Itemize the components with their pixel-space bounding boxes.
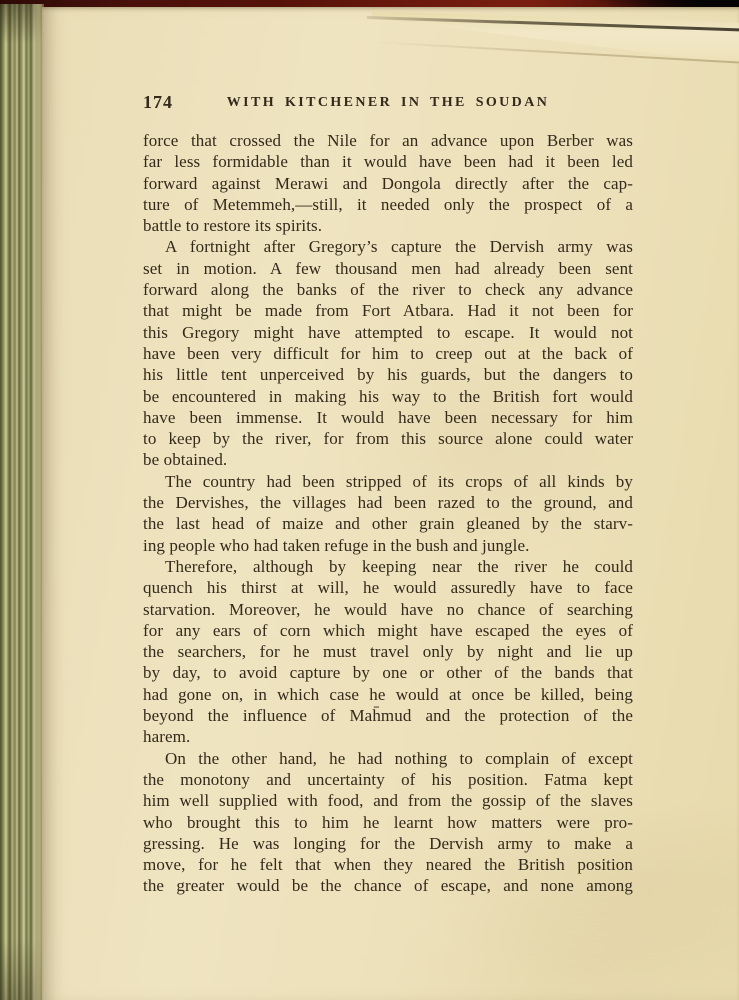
text-line: On the other hand, he had nothing to com… <box>143 748 633 769</box>
text-line: this Gregory might have attempted to esc… <box>143 322 633 343</box>
page-header: 174 WITH KITCHENER IN THE SOUDAN <box>143 92 633 114</box>
text-line: that might be made from Fort Atbara. Had… <box>143 300 633 321</box>
text-line: his little tent unperceived by his guard… <box>143 364 633 385</box>
text-line: forward against Merawi and Dongola direc… <box>143 173 633 194</box>
text-line: battle to restore its spirits. <box>143 215 633 236</box>
book-page: 174 WITH KITCHENER IN THE SOUDAN force t… <box>42 7 739 1000</box>
scanned-book-photo: 174 WITH KITCHENER IN THE SOUDAN force t… <box>0 0 739 1000</box>
text-line: force that crossed the Nile for an advan… <box>143 130 633 151</box>
text-line: beyond the influence of Mah̄mud and the … <box>143 705 633 726</box>
text-line: ing people who had taken refuge in the b… <box>143 535 633 556</box>
text-line: quench his thirst at will, he would assu… <box>143 577 633 598</box>
text-line: for any ears of corn which might have es… <box>143 620 633 641</box>
text-line: Therefore, although by keeping near the … <box>143 556 633 577</box>
text-line: had gone on, in which case he would at o… <box>143 684 633 705</box>
running-header: WITH KITCHENER IN THE SOUDAN <box>143 95 633 111</box>
text-line: forward along the banks of the river to … <box>143 279 633 300</box>
text-line: ture of Metemmeh,—still, it needed only … <box>143 194 633 215</box>
text-line: by day, to avoid capture by one or other… <box>143 662 633 683</box>
text-line: the Dervishes, the villages had been raz… <box>143 492 633 513</box>
page-top-curl <box>372 8 739 64</box>
text-line: gressing. He was longing for the Dervish… <box>143 833 633 854</box>
text-line: starvation. Moreover, he would have no c… <box>143 599 633 620</box>
text-line: move, for he felt that when they neared … <box>143 854 633 875</box>
text-line: far less formidable than it would have b… <box>143 151 633 172</box>
text-line: harem. <box>143 726 633 747</box>
text-line: have been immense. It would have been ne… <box>143 407 633 428</box>
text-line: have been very difficult for him to cree… <box>143 343 633 364</box>
text-line: the last head of maize and other grain g… <box>143 513 633 534</box>
text-line: be encountered in making his way to the … <box>143 386 633 407</box>
text-line: who brought this to him he learnt how ma… <box>143 812 633 833</box>
text-line: to keep by the river, for from this sour… <box>143 428 633 449</box>
text-line: the searchers, for he must travel only b… <box>143 641 633 662</box>
text-line: set in motion. A few thousand men had al… <box>143 258 633 279</box>
text-line: A fortnight after Gregory’s capture the … <box>143 236 633 257</box>
text-line: the monotony and uncertainty of his posi… <box>143 769 633 790</box>
text-line: The country had been stripped of its cro… <box>143 471 633 492</box>
text-block: force that crossed the Nile for an advan… <box>143 130 633 897</box>
text-line: the greater would be the chance of escap… <box>143 875 633 896</box>
text-line: be obtained. <box>143 449 633 470</box>
text-line: him well supplied with food, and from th… <box>143 790 633 811</box>
